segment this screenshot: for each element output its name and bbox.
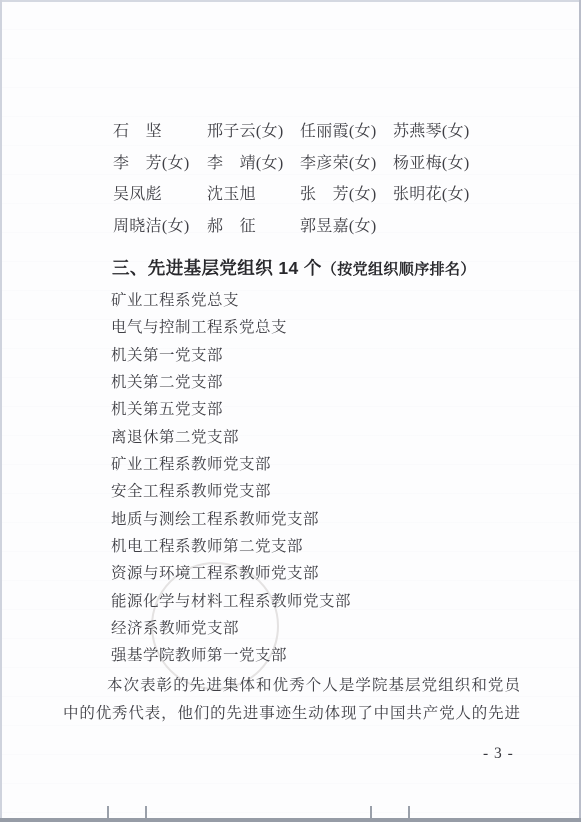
honoree-names-grid: 石 坚 邢子云(女) 任丽霞(女) 苏燕琴(女) 李 芳(女) 李 靖(女) 李… — [113, 116, 493, 243]
honoree-name: 吴凤彪 — [113, 179, 207, 211]
honoree-name: 郭昱嘉(女) — [300, 211, 393, 243]
paragraph-line: 本次表彰的先进集体和优秀个人是学院基层党组织和党员 — [63, 672, 520, 700]
org-list-item: 机关第五党支部 — [111, 396, 351, 423]
org-list-item: 电气与控制工程系党总支 — [111, 314, 351, 341]
scan-mark — [408, 806, 410, 818]
closing-paragraph: 本次表彰的先进集体和优秀个人是学院基层党组织和党员 中的优秀代表，他们的先进事迹… — [63, 672, 520, 727]
org-list-item: 机关第二党支部 — [111, 369, 351, 396]
org-list-item: 离退休第二党支部 — [111, 424, 351, 451]
org-list-item: 安全工程系教师党支部 — [111, 478, 351, 505]
scan-edge-left — [0, 0, 2, 822]
honoree-name: 周晓洁(女) — [113, 211, 207, 243]
org-list-item: 资源与环境工程系教师党支部 — [111, 560, 351, 587]
scan-mark — [107, 806, 109, 818]
honoree-name: 李彦荣(女) — [300, 148, 393, 180]
scan-mark — [370, 806, 372, 818]
org-list-item: 矿业工程系教师党支部 — [111, 451, 351, 478]
scan-edge-top — [0, 0, 581, 2]
org-list-item: 机关第一党支部 — [111, 342, 351, 369]
paragraph-line: 中的优秀代表，他们的先进事迹生动体现了中国共产党人的先进 — [63, 700, 520, 728]
org-list-item: 强基学院教师第一党支部 — [111, 642, 351, 669]
honoree-name: 沈玉旭 — [207, 179, 300, 211]
honoree-name: 邢子云(女) — [207, 116, 300, 148]
names-row: 周晓洁(女) 郝 征 郭昱嘉(女) — [113, 211, 493, 243]
page-number: - 3 - — [483, 745, 514, 763]
section-heading-title: 三、先进基层党组织 14 个 — [112, 258, 322, 278]
org-list-item: 经济系教师党支部 — [111, 615, 351, 642]
scan-mark — [145, 806, 147, 818]
honoree-name: 苏燕琴(女) — [393, 116, 493, 148]
section-heading-note: （按党组织顺序排名） — [322, 262, 476, 278]
scanned-document-page: 石 坚 邢子云(女) 任丽霞(女) 苏燕琴(女) 李 芳(女) 李 靖(女) 李… — [0, 0, 581, 822]
honoree-name: 杨亚梅(女) — [393, 148, 493, 180]
org-list-item: 矿业工程系党总支 — [111, 287, 351, 314]
names-row: 石 坚 邢子云(女) 任丽霞(女) 苏燕琴(女) — [113, 116, 493, 148]
honoree-name: 李 靖(女) — [207, 148, 300, 180]
honoree-name: 任丽霞(女) — [300, 116, 393, 148]
names-row: 李 芳(女) 李 靖(女) 李彦荣(女) 杨亚梅(女) — [113, 148, 493, 180]
section-heading: 三、先进基层党组织 14 个（按党组织顺序排名） — [112, 254, 476, 282]
honoree-name: 张明花(女) — [393, 179, 493, 211]
honoree-name: 石 坚 — [113, 116, 207, 148]
honoree-name: 李 芳(女) — [113, 148, 207, 180]
honoree-name: 张 芳(女) — [300, 179, 393, 211]
org-list-item: 机电工程系教师第二党支部 — [111, 533, 351, 560]
org-list-item: 地质与测绘工程系教师党支部 — [111, 506, 351, 533]
scan-edge-bottom — [0, 818, 581, 822]
names-row: 吴凤彪 沈玉旭 张 芳(女) 张明花(女) — [113, 179, 493, 211]
org-list-item: 能源化学与材料工程系教师党支部 — [111, 588, 351, 615]
party-organization-list: 矿业工程系党总支 电气与控制工程系党总支 机关第一党支部 机关第二党支部 机关第… — [111, 287, 351, 670]
honoree-name: 郝 征 — [207, 211, 300, 243]
